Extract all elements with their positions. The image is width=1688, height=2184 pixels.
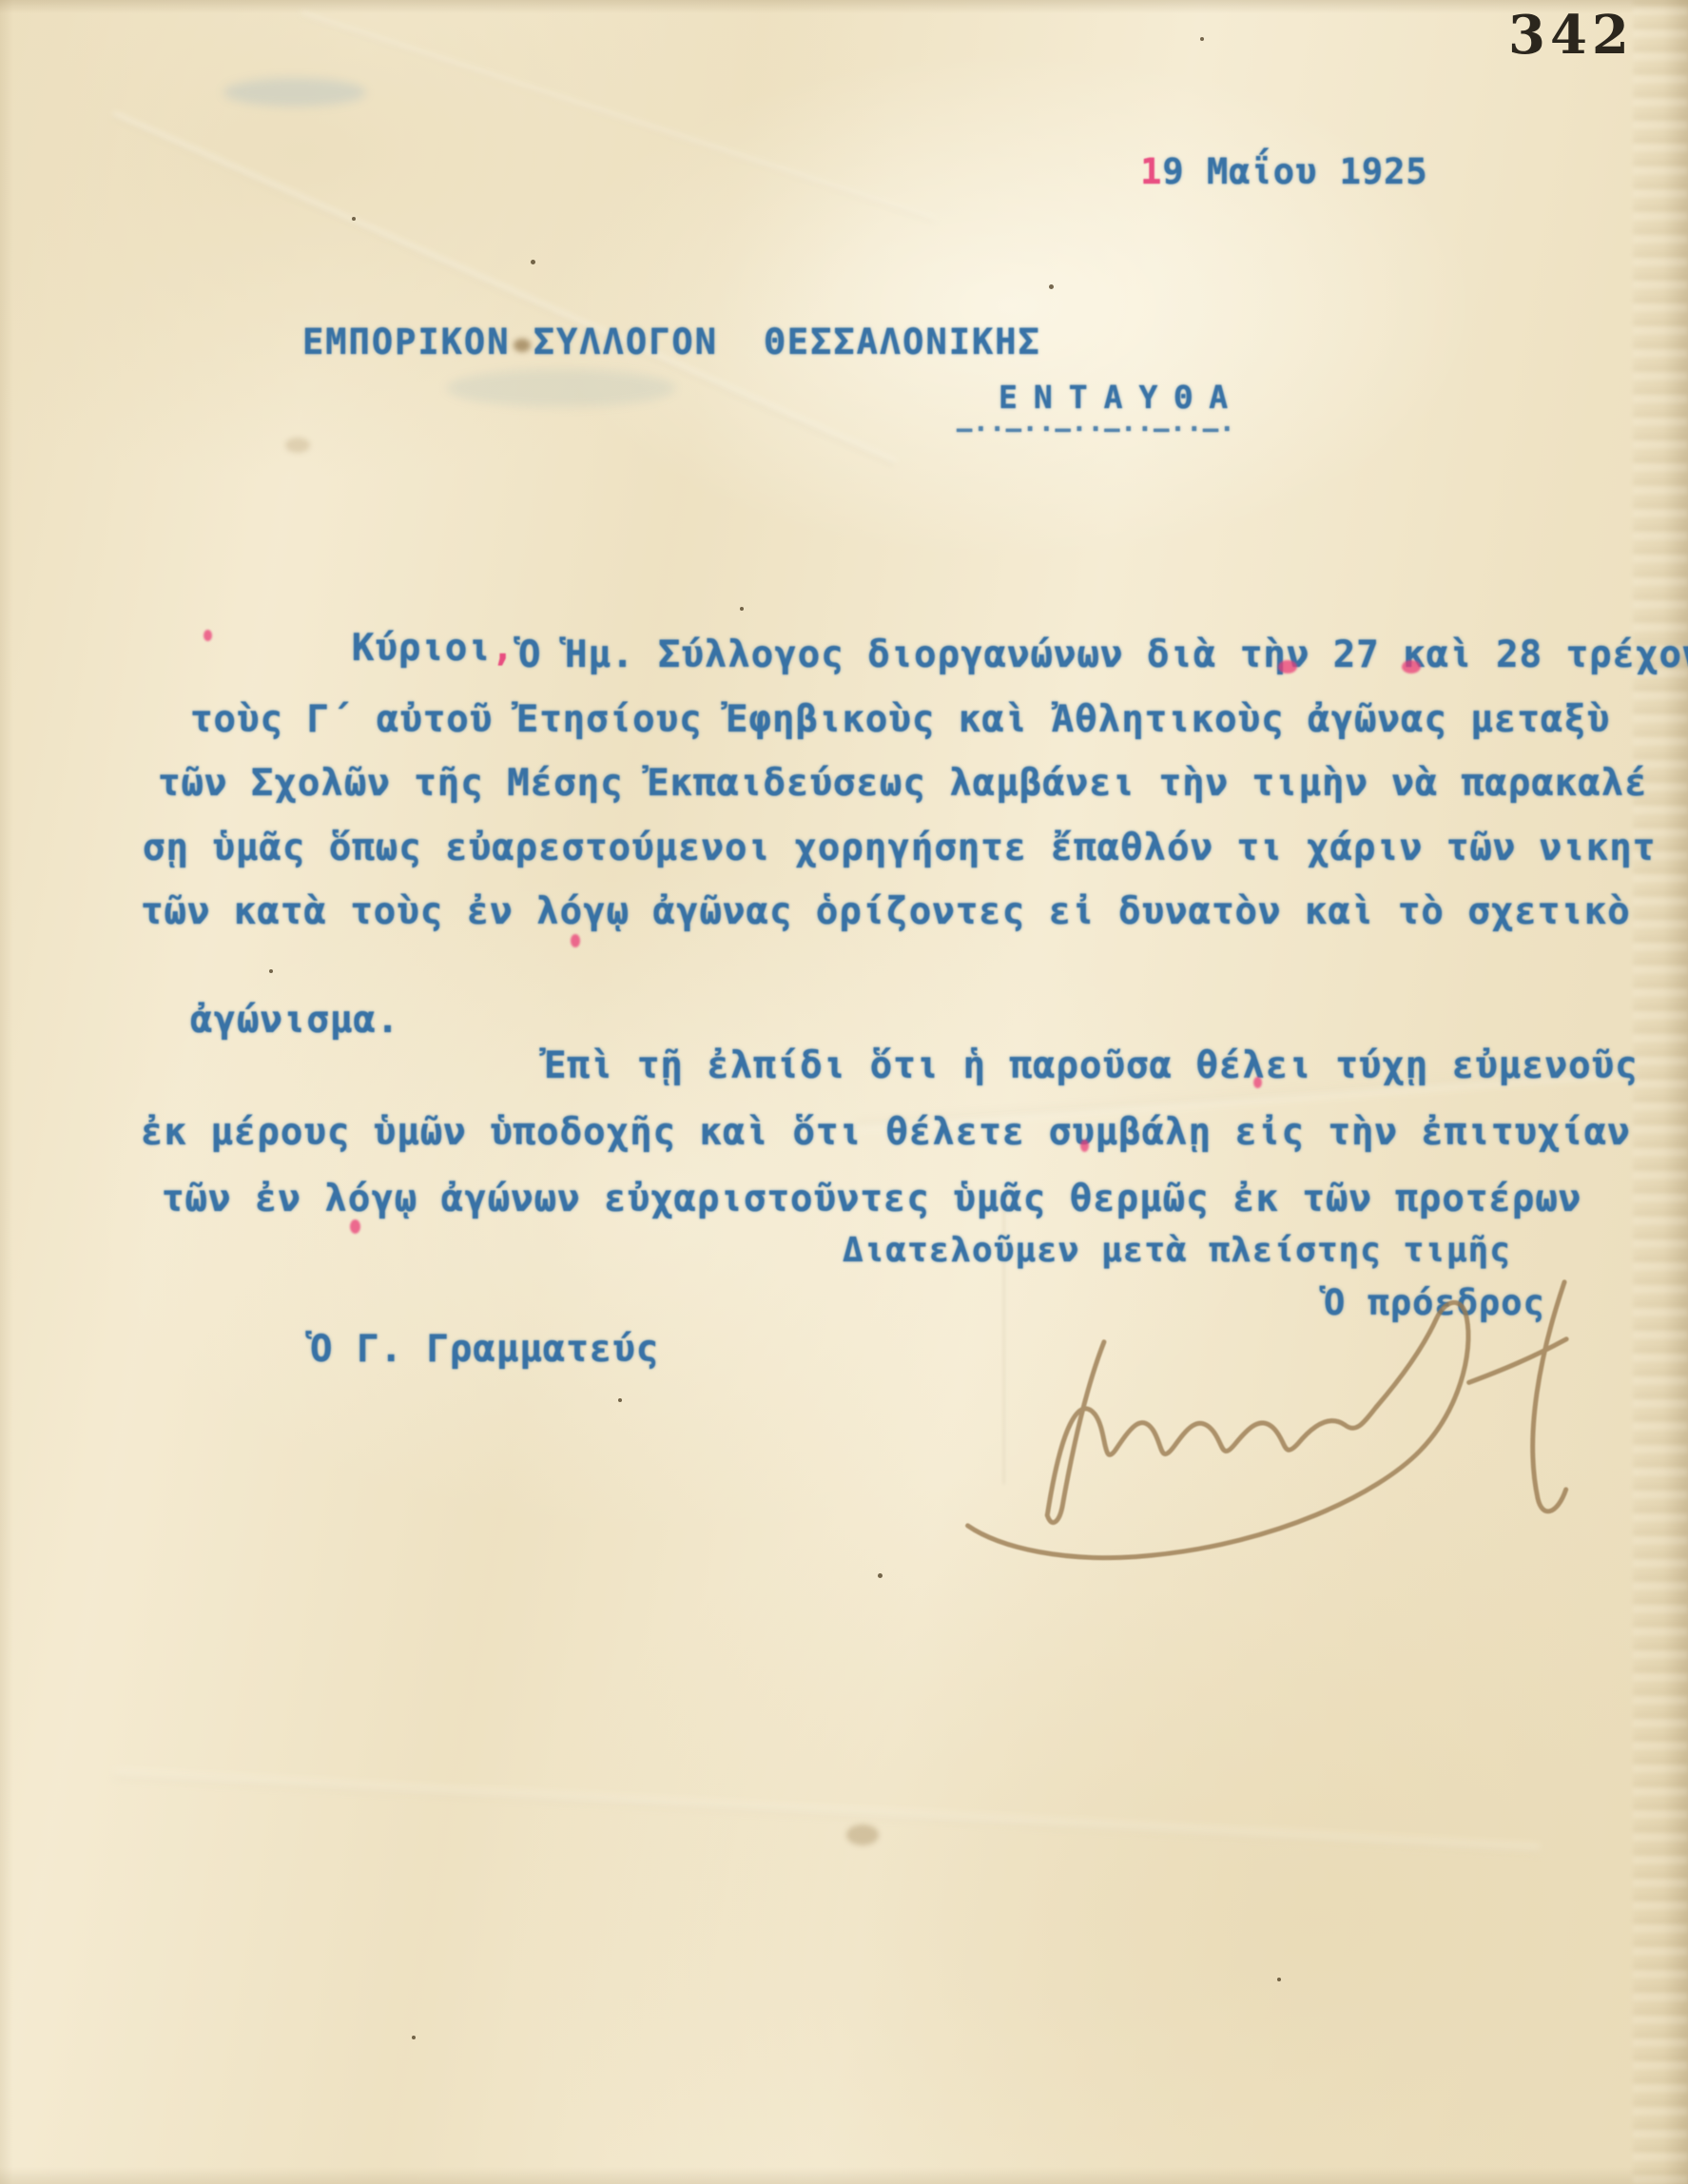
paper-speck [531,260,535,264]
salutation-word: Κύριοι [352,627,492,670]
paper-speck [618,1398,622,1402]
secretary-title: Ὁ Γ. Γραμματεύς [310,1328,659,1371]
paper-speck [1277,1978,1281,1981]
letter-line: ἐκ μέρους ὑμῶν ὑποδοχῆς καὶ ὅτι θέλετε σ… [141,1111,1631,1154]
red-ink-artifact [1402,660,1421,673]
letter-line: ἀγώνισμα. [190,999,399,1042]
red-ink-artifact [204,630,212,641]
letter-line: τῶν Σχολῶν τῆς Μέσης Ἐκπαιδεύσεως λαμβάν… [158,762,1648,805]
letter-line: σῃ ὑμᾶς ὅπως εὐαρεστούμενοι χορηγήσητε ἔ… [143,827,1656,869]
paper-crease [301,11,936,223]
handwritten-signature [938,1275,1641,1573]
ink-smudge [447,369,675,407]
paper-crease [115,1770,1540,1854]
recipient-location: ΕΝΤΑΥΘΑ [999,379,1244,416]
letter-line: τῶν ἐν λόγῳ ἀγώνων εὐχαριστοῦντες ὑμᾶς θ… [162,1178,1581,1220]
salutation: Κύριοι, [259,584,514,712]
paper-crease [111,111,896,466]
red-ink-artifact [571,934,580,947]
right-edge-crinkles [1633,0,1688,2184]
faded-stamp-smudge [223,78,366,107]
paper-speck [1200,37,1204,41]
paper-stain [285,438,310,453]
signature-svg [933,1262,1646,1582]
date-red-digit: 1 [1140,151,1162,192]
red-ink-artifact [1253,1077,1262,1088]
paper-speck [878,1573,883,1578]
paper-stain [846,1824,879,1845]
date-text: 9 Μαΐου 1925 [1162,151,1427,192]
paper-speck [740,607,744,611]
closing-line: Διατελοῦμεν μετὰ πλείστης τιμῆς [843,1231,1511,1270]
location-underline: —··—··—··—··—··—· [957,415,1235,444]
scanned-letter-page: 342 19 Μαΐου 1925 ΕΜΠΟΡΙΚΟΝ ΣΥΛΛΟΓΟΝ ΘΕΣ… [0,0,1688,2184]
letter-line: τοὺς Γ΄ αὐτοῦ Ἐτησίους Ἐφηβικοὺς καὶ Ἀθλ… [190,698,1610,741]
letter-line: Ἐπὶ τῇ ἐλπίδι ὅτι ἡ παροῦσα θέλει τύχῃ ε… [544,1044,1639,1087]
letter-date: 19 Μαΐου 1925 [1052,110,1428,233]
letter-line: τῶν κατὰ τοὺς ἐν λόγῳ ἀγῶνας ὁρίζοντες ε… [141,890,1631,933]
recipient-name: ΕΜΠΟΡΙΚΟΝ ΣΥΛΛΟΓΟΝ ΘΕΣΣΑΛΟΝΙΚΗΣ [302,322,1041,362]
salutation-comma: , [492,627,514,670]
paper-speck [412,2036,416,2039]
red-ink-artifact [350,1219,360,1234]
red-ink-artifact [1278,660,1297,673]
folio-number: 342 [1508,4,1634,67]
paper-speck [269,969,273,973]
red-ink-artifact [1080,1140,1089,1152]
paper-speck [1049,284,1054,289]
paper-speck [352,217,356,221]
letter-line: Ὁ Ἡμ. Σύλλογος διοργανώνων διὰ τὴν 27 κα… [518,634,1688,676]
